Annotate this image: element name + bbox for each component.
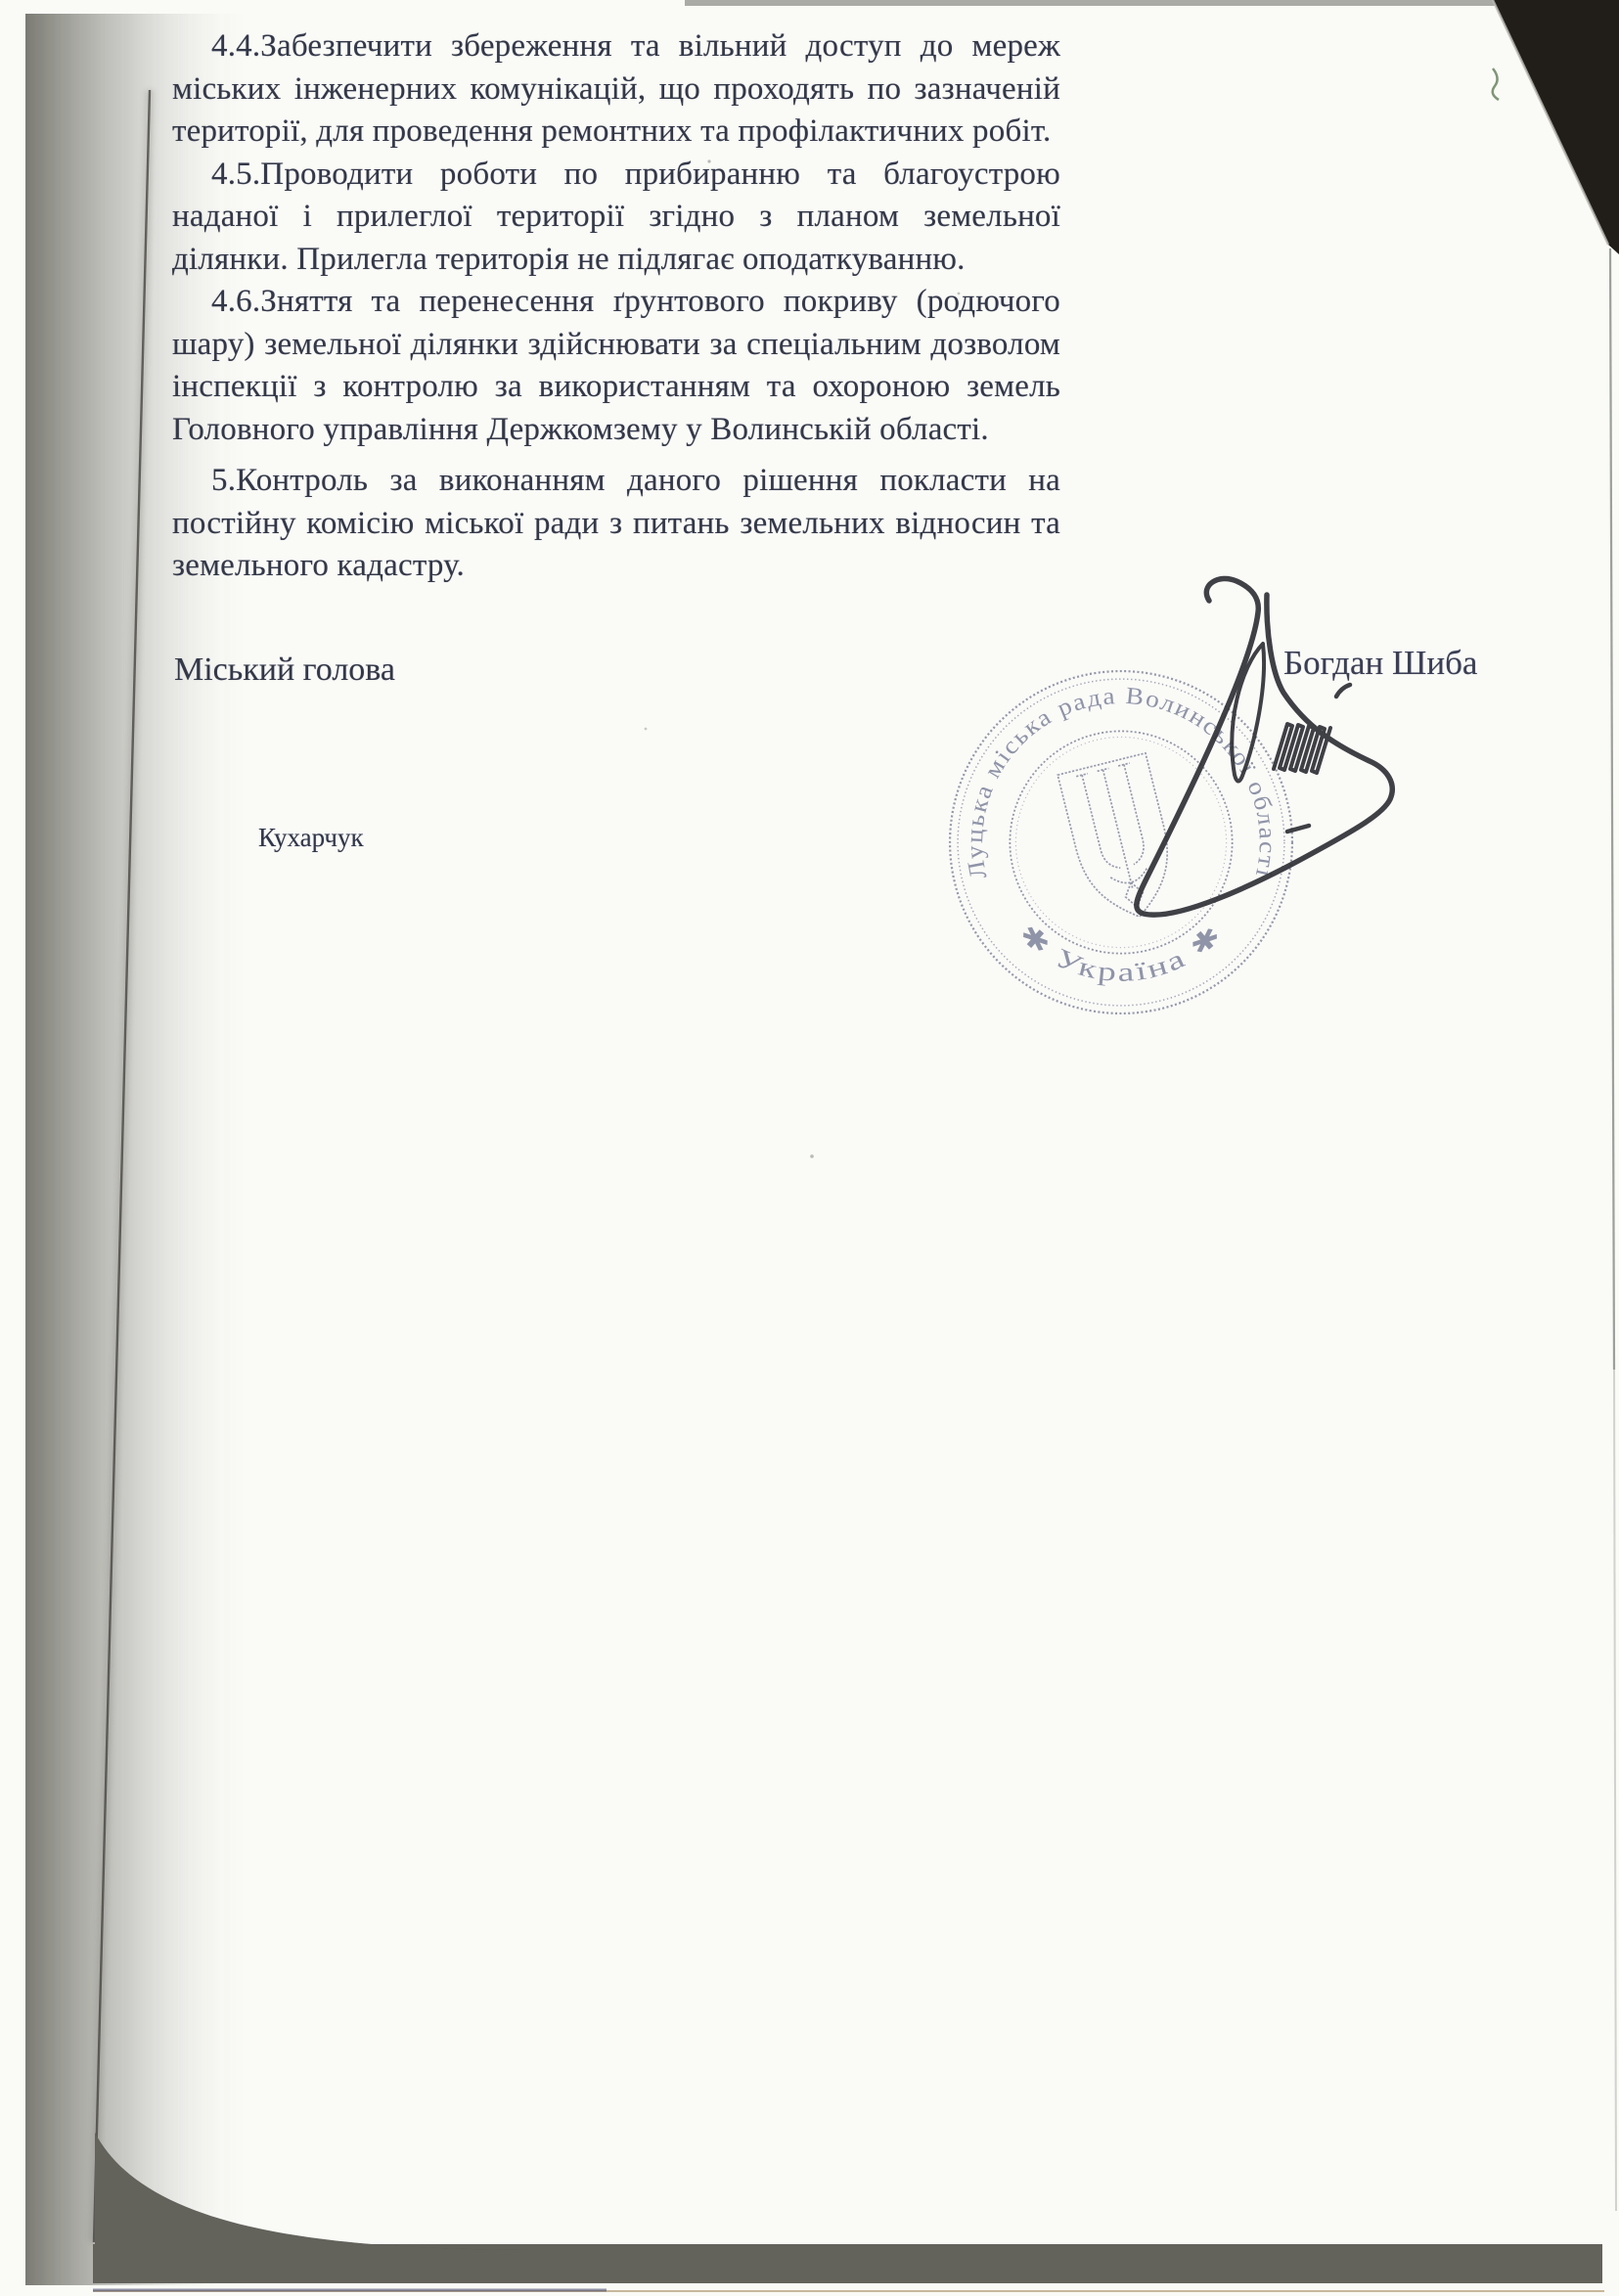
scanned-document-page: 4.4.Забезпечити збереження та вільний до… [0, 0, 1619, 2296]
paragraph-5: 5.Контроль за виконанням даного рішення … [172, 460, 1060, 588]
speck [645, 728, 648, 731]
co-signer-name: Кухарчук [258, 823, 364, 853]
paragraph-4-6: 4.6.Зняття та перенесення ґрунтового пок… [172, 281, 1060, 451]
signature-petal [1232, 644, 1264, 782]
paragraph-4-4: 4.4.Забезпечити збереження та вільний до… [172, 25, 1060, 154]
signature-main-loop [1137, 578, 1392, 915]
signature-coil [1274, 724, 1330, 773]
signature-tick [1336, 685, 1350, 697]
paragraph-4-5: 4.5.Проводити роботи по прибиранню та бл… [172, 154, 1060, 282]
signature-dash [1287, 826, 1309, 832]
document-body: 4.4.Забезпечити збереження та вільний до… [172, 25, 1060, 588]
handwritten-signature [929, 548, 1438, 978]
speck [810, 1154, 814, 1158]
mayor-title: Міський голова [174, 652, 395, 689]
top-edge-strip [685, 0, 1495, 6]
